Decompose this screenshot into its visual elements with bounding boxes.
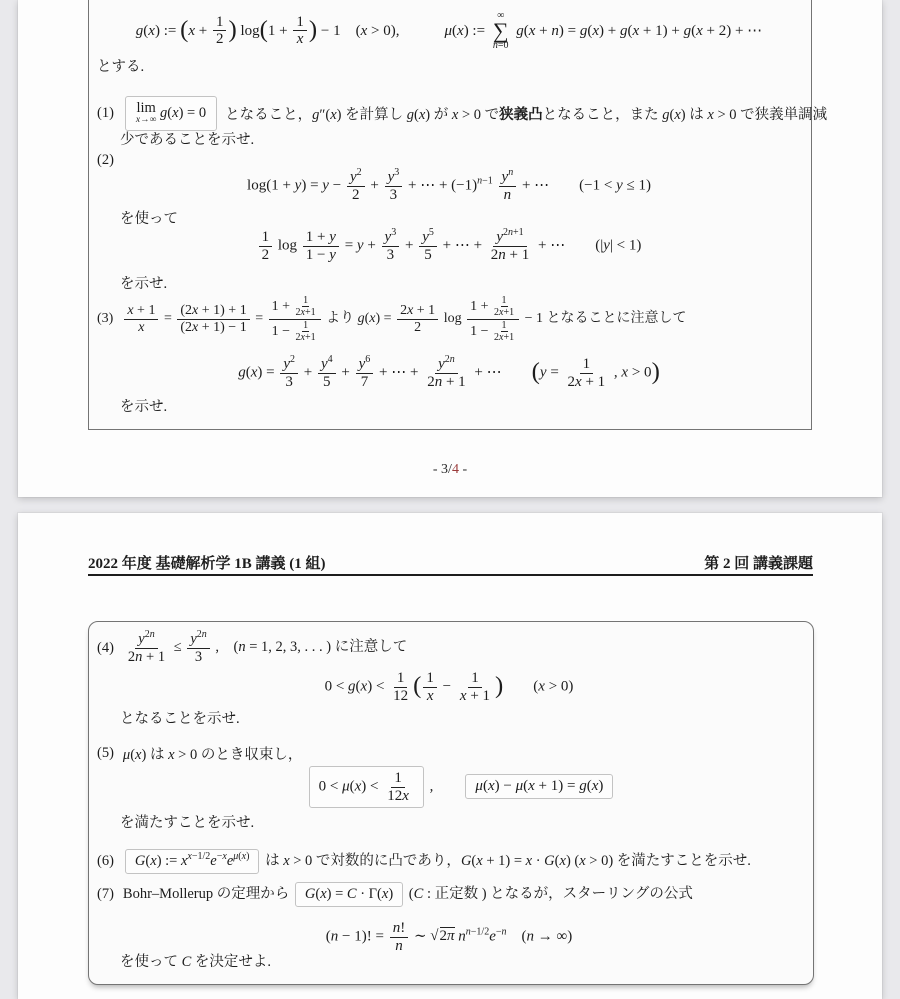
item-3-label: (3)	[97, 311, 113, 327]
formula-g-mu-definition: g(x) := (x + 12) log(1 + 1x) − 1 (x > 0)…	[88, 5, 810, 57]
formula-g-mu-definition-text: g(x) := (x + 12) log(1 + 1x) − 1 (x > 0)…	[136, 11, 762, 52]
formula-g-series-text: g(x) = y23 + y45 + y67 + ⋯ + y2n2n + 1 +…	[238, 356, 660, 391]
item-6-formula: G(x) := xx−1/2e−xeμ(x) は x > 0 で対数的に凸であり…	[123, 849, 751, 874]
text-kimeyo: を使って C を決定せよ.	[120, 953, 271, 971]
item-4: (4) y2n2n + 1 ≤ y2n3 , (n = 1, 2, 3, . .…	[97, 629, 407, 667]
page-number-footer: - 3/4 -	[18, 462, 882, 478]
formula-mu-boxed-pair: 0 < μ(x) < 112x , μ(x) − μ(x + 1) = g(x)	[88, 765, 810, 809]
item-4-label: (4)	[97, 640, 114, 657]
formula-g-series: g(x) = y23 + y45 + y67 + ⋯ + y2n2n + 1 +…	[88, 348, 810, 398]
formula-half-log-series-text: 12 log 1 + y1 − y = y + y33 + y55 + ⋯ + …	[257, 229, 642, 264]
formula-stirling: (n − 1)! = n!n ∼ √2π nn−1/2e−n (n → ∞)	[88, 920, 810, 954]
item-1-label: (1)	[97, 105, 114, 122]
header-course-title: 2022 年度 基礎解析学 1B 講義 (1 組)	[88, 552, 326, 573]
item-4-formula: y2n2n + 1 ≤ y2n3 , (n = 1, 2, 3, . . . )…	[123, 631, 407, 664]
page-number-suffix: -	[459, 462, 467, 477]
item-3-formula: x + 1x = (2x + 1) + 1(2x + 1) − 1 = 1 + …	[122, 295, 686, 343]
item-5-label: (5)	[97, 745, 114, 762]
text-shimese-2: を示せ.	[120, 398, 167, 416]
item-3: (3) x + 1x = (2x + 1) + 1(2x + 1) − 1 = …	[97, 293, 686, 345]
item-7-label: (7)	[97, 886, 114, 903]
header-rule	[88, 574, 813, 576]
formula-g-bound: 0 < g(x) < 112(1x − 1x + 1) (x > 0)	[88, 669, 810, 705]
document-page-4: 2022 年度 基礎解析学 1B 講義 (1 組) 第 2 回 講義課題 (4)…	[18, 513, 882, 999]
text-shimese-1: を示せ.	[120, 275, 167, 293]
formula-mu-boxed-pair-text: 0 < μ(x) < 112x , μ(x) − μ(x + 1) = g(x)	[307, 766, 616, 809]
formula-stirling-text: (n − 1)! = n!n ∼ √2π nn−1/2e−n (n → ∞)	[326, 920, 572, 955]
item-7-formula: Bohr–Mollerup の定理から G(x) = C · Γ(x) (C :…	[123, 882, 693, 907]
document-page-3: g(x) := (x + 12) log(1 + 1x) − 1 (x > 0)…	[18, 0, 882, 497]
item-7: (7) Bohr–Mollerup の定理から G(x) = C · Γ(x) …	[97, 879, 693, 909]
text-tonaru: となることを示せ.	[120, 710, 240, 728]
page-number-prefix: - 3/	[433, 462, 452, 477]
text-tosuru: とする.	[97, 58, 144, 76]
page-number-link[interactable]: 4	[452, 462, 459, 477]
formula-log-series: log(1 + y) = y − y22 + y33 + ⋯ + (−1)n−1…	[88, 163, 810, 209]
item-5: (5) μ(x) は x > 0 のとき収束し，	[97, 742, 302, 764]
item-1-lim-boxed-formula: limx→∞ g(x) = 0	[125, 96, 217, 131]
header-assignment-title: 第 2 回 講義課題	[704, 552, 813, 573]
item-1-text-line2: 少であることを示せ.	[120, 131, 254, 149]
item-1-text: となること，g″(x) を計算し g(x) が x > 0 で狭義凸となること，…	[225, 103, 827, 124]
item-6: (6) G(x) := xx−1/2e−xeμ(x) は x > 0 で対数的に…	[97, 846, 751, 876]
pdf-viewer-canvas: { "p1": { "f_def": "<i>g</i>(<i>x</i>) :…	[0, 0, 900, 999]
text-mitasu: を満たすことを示せ.	[120, 814, 254, 832]
formula-half-log-series: 12 log 1 + y1 − y = y + y33 + y55 + ⋯ + …	[88, 222, 810, 270]
item-6-label: (6)	[97, 853, 114, 870]
formula-log-series-text: log(1 + y) = y − y22 + y33 + ⋯ + (−1)n−1…	[247, 169, 651, 204]
item-1: (1) limx→∞ g(x) = 0 となること，g″(x) を計算し g(x…	[97, 93, 827, 133]
formula-g-bound-text: 0 < g(x) < 112(1x − 1x + 1) (x > 0)	[325, 670, 574, 705]
item-5-text: μ(x) は x > 0 のとき収束し，	[123, 743, 302, 764]
